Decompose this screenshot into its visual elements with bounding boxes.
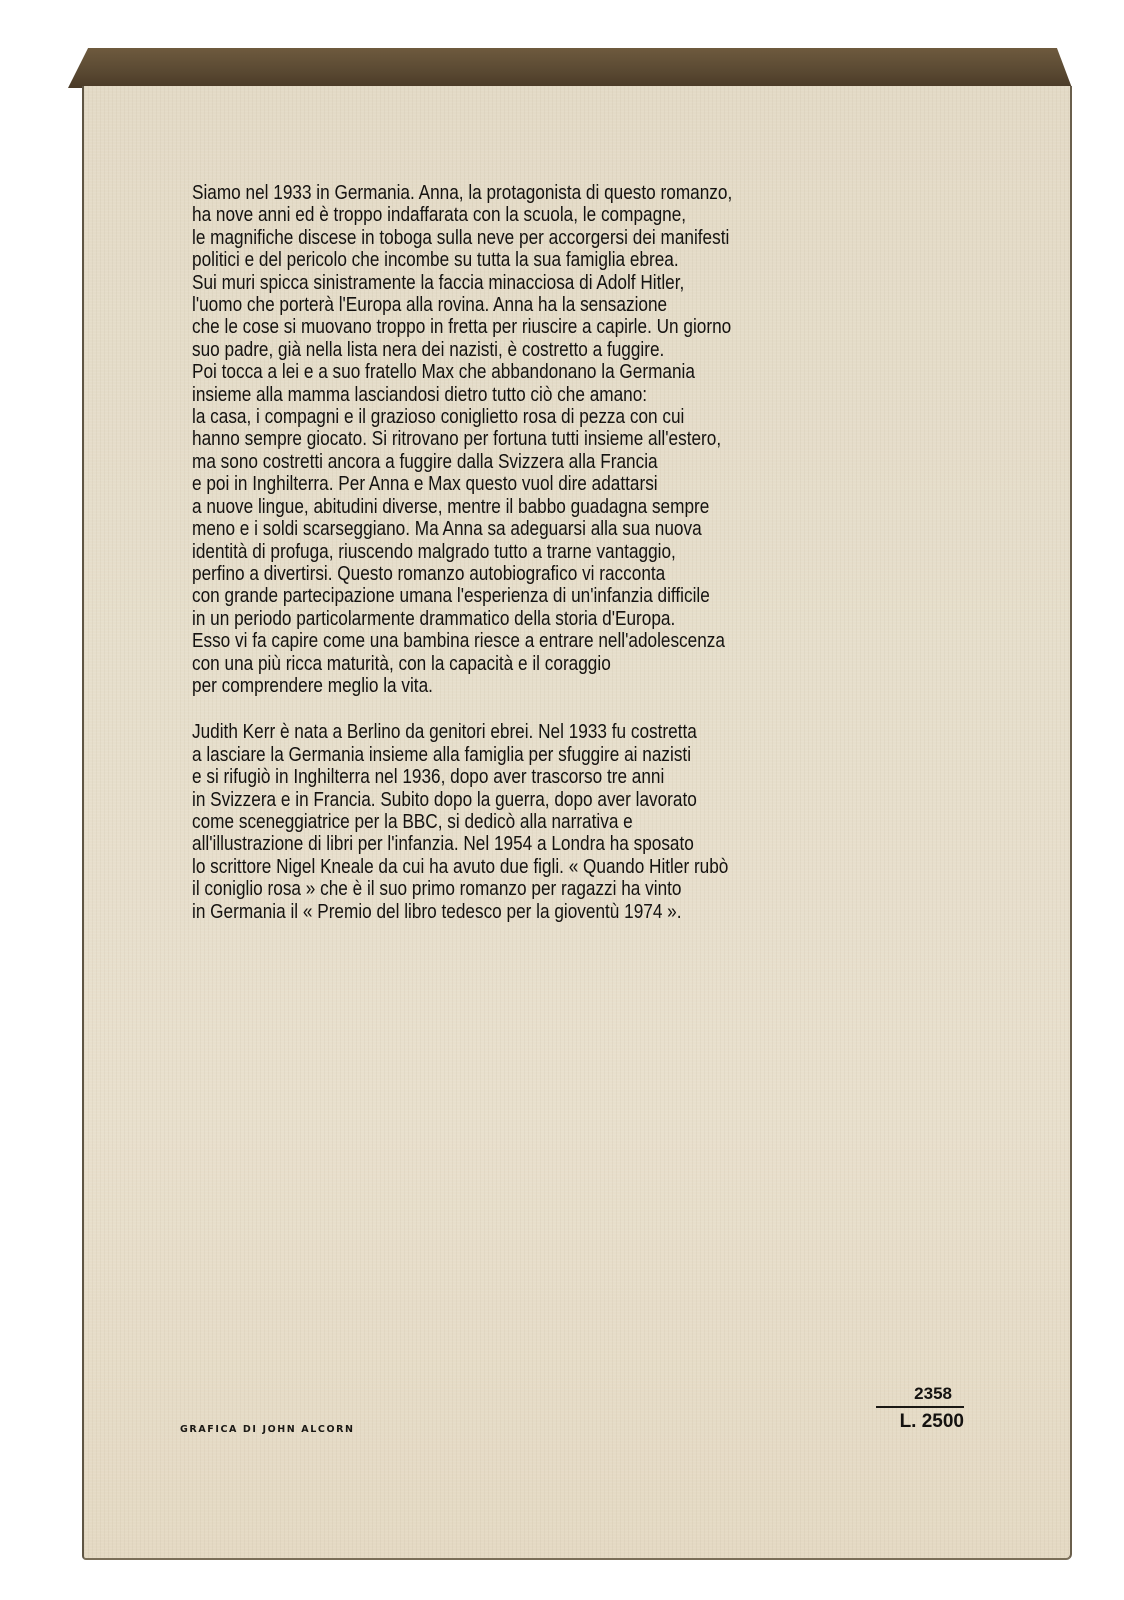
synopsis-line: con una più ricca maturità, con la capac…	[192, 653, 966, 675]
synopsis-paragraph: Siamo nel 1933 in Germania. Anna, la pro…	[192, 182, 966, 697]
author-bio-line: in Svizzera e in Francia. Subito dopo la…	[192, 789, 966, 811]
author-bio-line: in Germania il « Premio del libro tedesc…	[192, 901, 966, 923]
price-label: L. 2500	[876, 1411, 964, 1433]
synopsis-line: che le cose si muovano troppo in fretta …	[192, 316, 966, 338]
synopsis-line: le magnifiche discese in toboga sulla ne…	[192, 227, 966, 249]
author-bio-line: a lasciare la Germania insieme alla fami…	[192, 744, 966, 766]
synopsis-line: a nuove lingue, abitudini diverse, mentr…	[192, 496, 966, 518]
author-bio-line: Judith Kerr è nata a Berlino da genitori…	[192, 721, 966, 743]
synopsis-line: ha nove anni ed è troppo indaffarata con…	[192, 204, 966, 226]
book-top-edge	[68, 48, 1072, 88]
synopsis-line: per comprendere meglio la vita.	[192, 675, 966, 697]
synopsis-line: ma sono costretti ancora a fuggire dalla…	[192, 451, 966, 473]
author-bio-line: e si rifugiò in Inghilterra nel 1936, do…	[192, 766, 966, 788]
blurb-text: Siamo nel 1933 in Germania. Anna, la pro…	[192, 182, 966, 923]
synopsis-line: perfino a divertirsi. Questo romanzo aut…	[192, 563, 966, 585]
synopsis-line: meno e i soldi scarseggiano. Ma Anna sa …	[192, 518, 966, 540]
synopsis-line: con grande partecipazione umana l'esperi…	[192, 585, 966, 607]
synopsis-line: insieme alla mamma lasciandosi dietro tu…	[192, 384, 966, 406]
synopsis-line: identità di profuga, riuscendo malgrado …	[192, 541, 966, 563]
author-bio-line: all'illustrazione di libri per l'infanzi…	[192, 833, 966, 855]
cover-surface: Siamo nel 1933 in Germania. Anna, la pro…	[82, 86, 1072, 1560]
synopsis-line: la casa, i compagni e il grazioso conigl…	[192, 406, 966, 428]
synopsis-line: Esso vi fa capire come una bambina riesc…	[192, 630, 966, 652]
author-bio-line: lo scrittore Nigel Kneale da cui ha avut…	[192, 856, 966, 878]
author-bio-paragraph: Judith Kerr è nata a Berlino da genitori…	[192, 721, 966, 923]
price-block: 2358 L. 2500	[876, 1384, 964, 1433]
synopsis-line: politici e del pericolo che incombe su t…	[192, 249, 966, 271]
synopsis-line: Siamo nel 1933 in Germania. Anna, la pro…	[192, 182, 966, 204]
catalog-number: 2358	[876, 1384, 964, 1404]
design-credit: GRAFICA DI JOHN ALCORN	[180, 1424, 355, 1435]
synopsis-line: suo padre, già nella lista nera dei nazi…	[192, 339, 966, 361]
price-divider	[876, 1406, 964, 1408]
synopsis-line: in un periodo particolarmente drammatico…	[192, 608, 966, 630]
synopsis-line: Sui muri spicca sinistramente la faccia …	[192, 272, 966, 294]
synopsis-line: e poi in Inghilterra. Per Anna e Max que…	[192, 473, 966, 495]
synopsis-line: l'uomo che porterà l'Europa alla rovina.…	[192, 294, 966, 316]
synopsis-line: Poi tocca a lei e a suo fratello Max che…	[192, 361, 966, 383]
book-back-cover: Siamo nel 1933 in Germania. Anna, la pro…	[82, 48, 1072, 1560]
author-bio-line: il coniglio rosa » che è il suo primo ro…	[192, 878, 966, 900]
author-bio-line: come sceneggiatrice per la BBC, si dedic…	[192, 811, 966, 833]
synopsis-line: hanno sempre giocato. Si ritrovano per f…	[192, 428, 966, 450]
